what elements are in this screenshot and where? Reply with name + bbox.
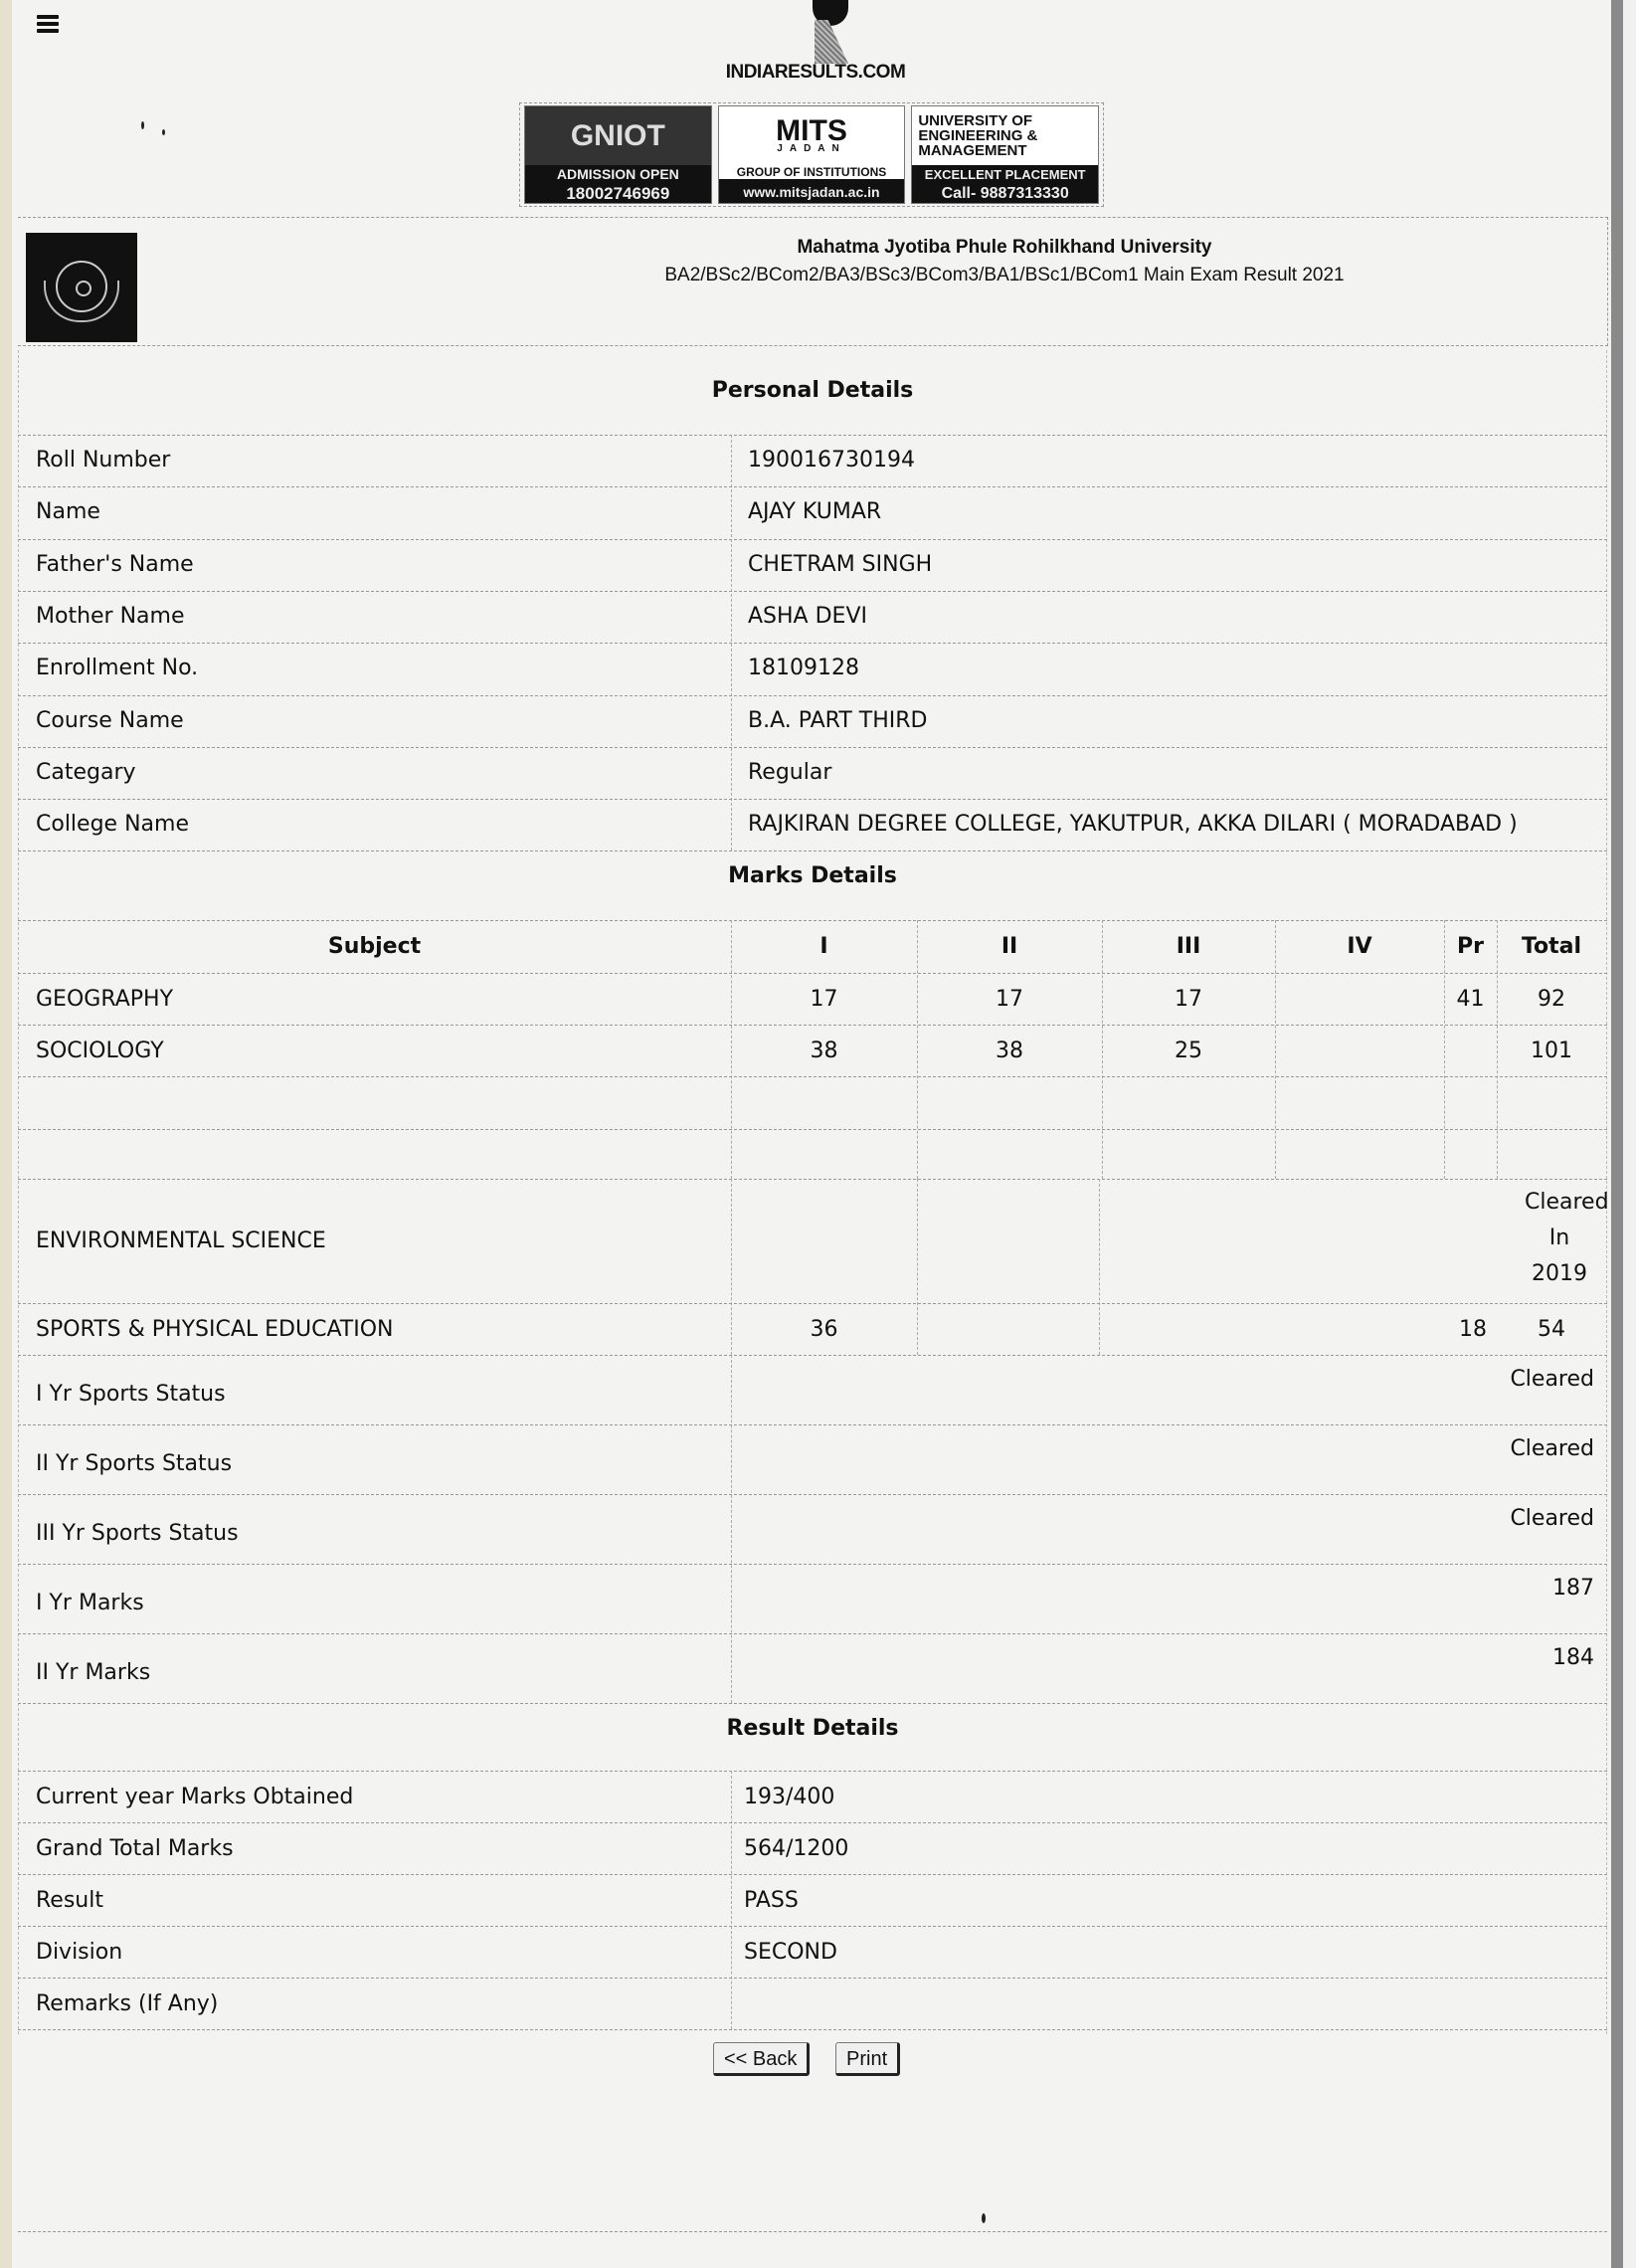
mits-logo: MITS JADAN [719, 106, 905, 165]
row-divider [18, 799, 1607, 800]
row-divider [18, 1129, 1607, 1130]
personal-value: AJAY KUMAR [748, 499, 881, 524]
result-label: Grand Total Marks [36, 1836, 234, 1861]
personal-label: Categary [36, 760, 136, 785]
scan-speck [982, 2213, 986, 2223]
row-divider [18, 1355, 1607, 1356]
ad-banner-uem[interactable]: UNIVERSITY OF ENGINEERING & MANAGEMENT E… [911, 105, 1099, 204]
scan-speck [141, 121, 144, 129]
gniot-name: GNIOT [525, 106, 711, 165]
subject-name: SOCIOLOGY [36, 1039, 164, 1063]
column-divider [731, 1771, 732, 2029]
row-divider [18, 1025, 1607, 1026]
row-divider [18, 1874, 1607, 1875]
logo-text: INDIARESULTS.COM [716, 62, 915, 84]
row-divider [18, 1303, 1607, 1304]
university-emblem-icon [26, 233, 137, 342]
row-divider [18, 1494, 1607, 1495]
env-science-total: In [1525, 1226, 1594, 1250]
row-divider [18, 643, 1607, 644]
result-value: SECOND [744, 1940, 837, 1965]
ad-banner-gniot[interactable]: GNIOT ADMISSION OPEN 18002746969 [524, 105, 712, 204]
status-value: 184 [1552, 1645, 1594, 1670]
emblem-hands-icon [44, 281, 119, 322]
marks-cell: 17 [731, 987, 917, 1012]
personal-value: RAJKIRAN DEGREE COLLEGE, YAKUTPUR, AKKA … [748, 812, 1518, 837]
mits-subtitle: GROUP OF INSTITUTIONS [719, 165, 905, 181]
personal-details-heading: Personal Details [18, 378, 1607, 403]
table-frame-left [18, 350, 19, 2034]
row-divider [18, 1822, 1607, 1823]
ad-banner-mits[interactable]: MITS JADAN GROUP OF INSTITUTIONS www.mit… [718, 105, 906, 204]
subject-name: ENVIRONMENTAL SCIENCE [36, 1228, 326, 1253]
ad-banner-strip: GNIOT ADMISSION OPEN 18002746969 MITS JA… [519, 102, 1104, 207]
row-divider [18, 695, 1607, 696]
marks-cell: 41 [1444, 987, 1497, 1012]
personal-label: Name [36, 499, 100, 524]
mits-name: MITS [776, 118, 847, 144]
marks-cell: 92 [1497, 987, 1606, 1012]
column-divider [1099, 1179, 1100, 1355]
scan-edge-left [0, 0, 12, 2268]
result-label: Current year Marks Obtained [36, 1785, 353, 1809]
marks-column-header: Subject [18, 934, 731, 959]
row-divider [18, 1703, 1607, 1704]
status-label: II Yr Marks [36, 1660, 150, 1685]
row-divider [18, 1076, 1607, 1077]
sports-theory-marks: 36 [731, 1317, 917, 1342]
subject-name: SPORTS & PHYSICAL EDUCATION [36, 1317, 394, 1342]
row-divider [18, 920, 1607, 921]
personal-value: 190016730194 [748, 448, 915, 472]
column-divider [1275, 920, 1276, 1179]
marks-column-header: I [731, 934, 917, 959]
personal-label: Roll Number [36, 448, 170, 472]
row-divider [18, 973, 1607, 974]
gniot-admission: ADMISSION OPEN 18002746969 [525, 165, 711, 203]
marks-cell: 101 [1497, 1039, 1606, 1063]
row-divider [18, 850, 1607, 851]
subject-name: GEOGRAPHY [36, 987, 173, 1012]
marks-details-heading: Marks Details [18, 863, 1607, 888]
marks-column-header: IV [1275, 934, 1444, 959]
uem-title-line: UNIVERSITY OF [918, 113, 1032, 128]
uem-title-line: MANAGEMENT [918, 143, 1026, 158]
university-name: Mahatma Jyotiba Phule Rohilkhand Univers… [617, 237, 1392, 259]
row-divider [18, 486, 1607, 487]
personal-label: Course Name [36, 708, 184, 733]
uem-contact: EXCELLENT PLACEMENT Call- 9887313330 [912, 165, 1098, 203]
personal-value: CHETRAM SINGH [748, 552, 932, 577]
column-divider [1444, 920, 1445, 1179]
marks-cell: 25 [1102, 1039, 1275, 1063]
row-divider [18, 1633, 1607, 1634]
row-divider [18, 591, 1607, 592]
status-value: Cleared [1510, 1506, 1594, 1531]
env-science-total: 2019 [1525, 1261, 1594, 1286]
status-label: I Yr Sports Status [36, 1382, 226, 1407]
personal-value: ASHA DEVI [748, 604, 867, 629]
hamburger-menu-icon[interactable] [37, 15, 59, 35]
gniot-phone: 18002746969 [525, 184, 711, 203]
marks-column-header: Pr [1444, 934, 1497, 959]
scan-margin-right [1623, 0, 1636, 2268]
marks-cell: 38 [917, 1039, 1102, 1063]
uem-title-line: ENGINEERING & [918, 128, 1037, 143]
result-details-heading: Result Details [18, 1716, 1607, 1741]
personal-value: B.A. PART THIRD [748, 708, 927, 733]
mits-url: www.mitsjadan.ac.in [719, 181, 905, 203]
marks-column-header: III [1102, 934, 1275, 959]
row-divider [18, 1564, 1607, 1565]
row-divider [18, 2029, 1607, 2030]
status-label: II Yr Sports Status [36, 1451, 232, 1476]
column-divider [731, 1355, 732, 1703]
uem-title: UNIVERSITY OF ENGINEERING & MANAGEMENT [912, 106, 1098, 165]
personal-value: Regular [748, 760, 831, 785]
row-divider [18, 1771, 1607, 1772]
indiaresults-logo[interactable]: INDIARESULTS.COM [716, 0, 915, 90]
scan-speck [162, 129, 165, 135]
status-value: Cleared [1510, 1436, 1594, 1461]
marks-cell: 17 [917, 987, 1102, 1012]
personal-label: Mother Name [36, 604, 185, 629]
row-divider [18, 539, 1607, 540]
result-label: Remarks (If Any) [36, 1991, 218, 2016]
column-divider [917, 1179, 918, 1355]
result-label: Division [36, 1940, 122, 1965]
marks-cell: 38 [731, 1039, 917, 1063]
uem-line1: EXCELLENT PLACEMENT [912, 165, 1098, 184]
result-label: Result [36, 1888, 103, 1913]
personal-label: Father's Name [36, 552, 194, 577]
status-label: III Yr Sports Status [36, 1521, 239, 1546]
sports-practical-marks: 18 [1444, 1317, 1502, 1342]
personal-label: Enrollment No. [36, 656, 198, 680]
result-value: 564/1200 [744, 1836, 848, 1861]
sports-total-marks: 54 [1497, 1317, 1606, 1342]
row-divider [18, 1179, 1607, 1180]
back-button[interactable]: << Back [713, 2042, 810, 2076]
result-value: 193/400 [744, 1785, 834, 1809]
scan-edge-right [1611, 0, 1623, 2268]
gniot-line1: ADMISSION OPEN [525, 165, 711, 184]
result-value: PASS [744, 1888, 799, 1913]
print-button[interactable]: Print [835, 2042, 900, 2076]
status-label: I Yr Marks [36, 1591, 144, 1615]
personal-label: College Name [36, 812, 189, 837]
row-divider [18, 435, 1607, 436]
page-bottom-divider [18, 2231, 1607, 2232]
logo-figure-body-icon [815, 20, 848, 64]
status-value: 187 [1552, 1576, 1594, 1601]
row-divider [18, 1424, 1607, 1425]
status-value: Cleared [1510, 1367, 1594, 1392]
personal-value: 18109128 [748, 656, 859, 680]
marks-column-header: II [917, 934, 1102, 959]
mits-place: JADAN [777, 144, 845, 154]
marks-cell: 17 [1102, 987, 1275, 1012]
marks-column-header: Total [1497, 934, 1606, 959]
exam-title: BA2/BSc2/BCom2/BA3/BSc3/BCom3/BA1/BSc1/B… [597, 265, 1412, 286]
row-divider [18, 1978, 1607, 1979]
row-divider [18, 1926, 1607, 1927]
env-science-total: Cleared [1525, 1190, 1594, 1215]
row-divider [18, 747, 1607, 748]
uem-phone: Call- 9887313330 [912, 184, 1098, 203]
